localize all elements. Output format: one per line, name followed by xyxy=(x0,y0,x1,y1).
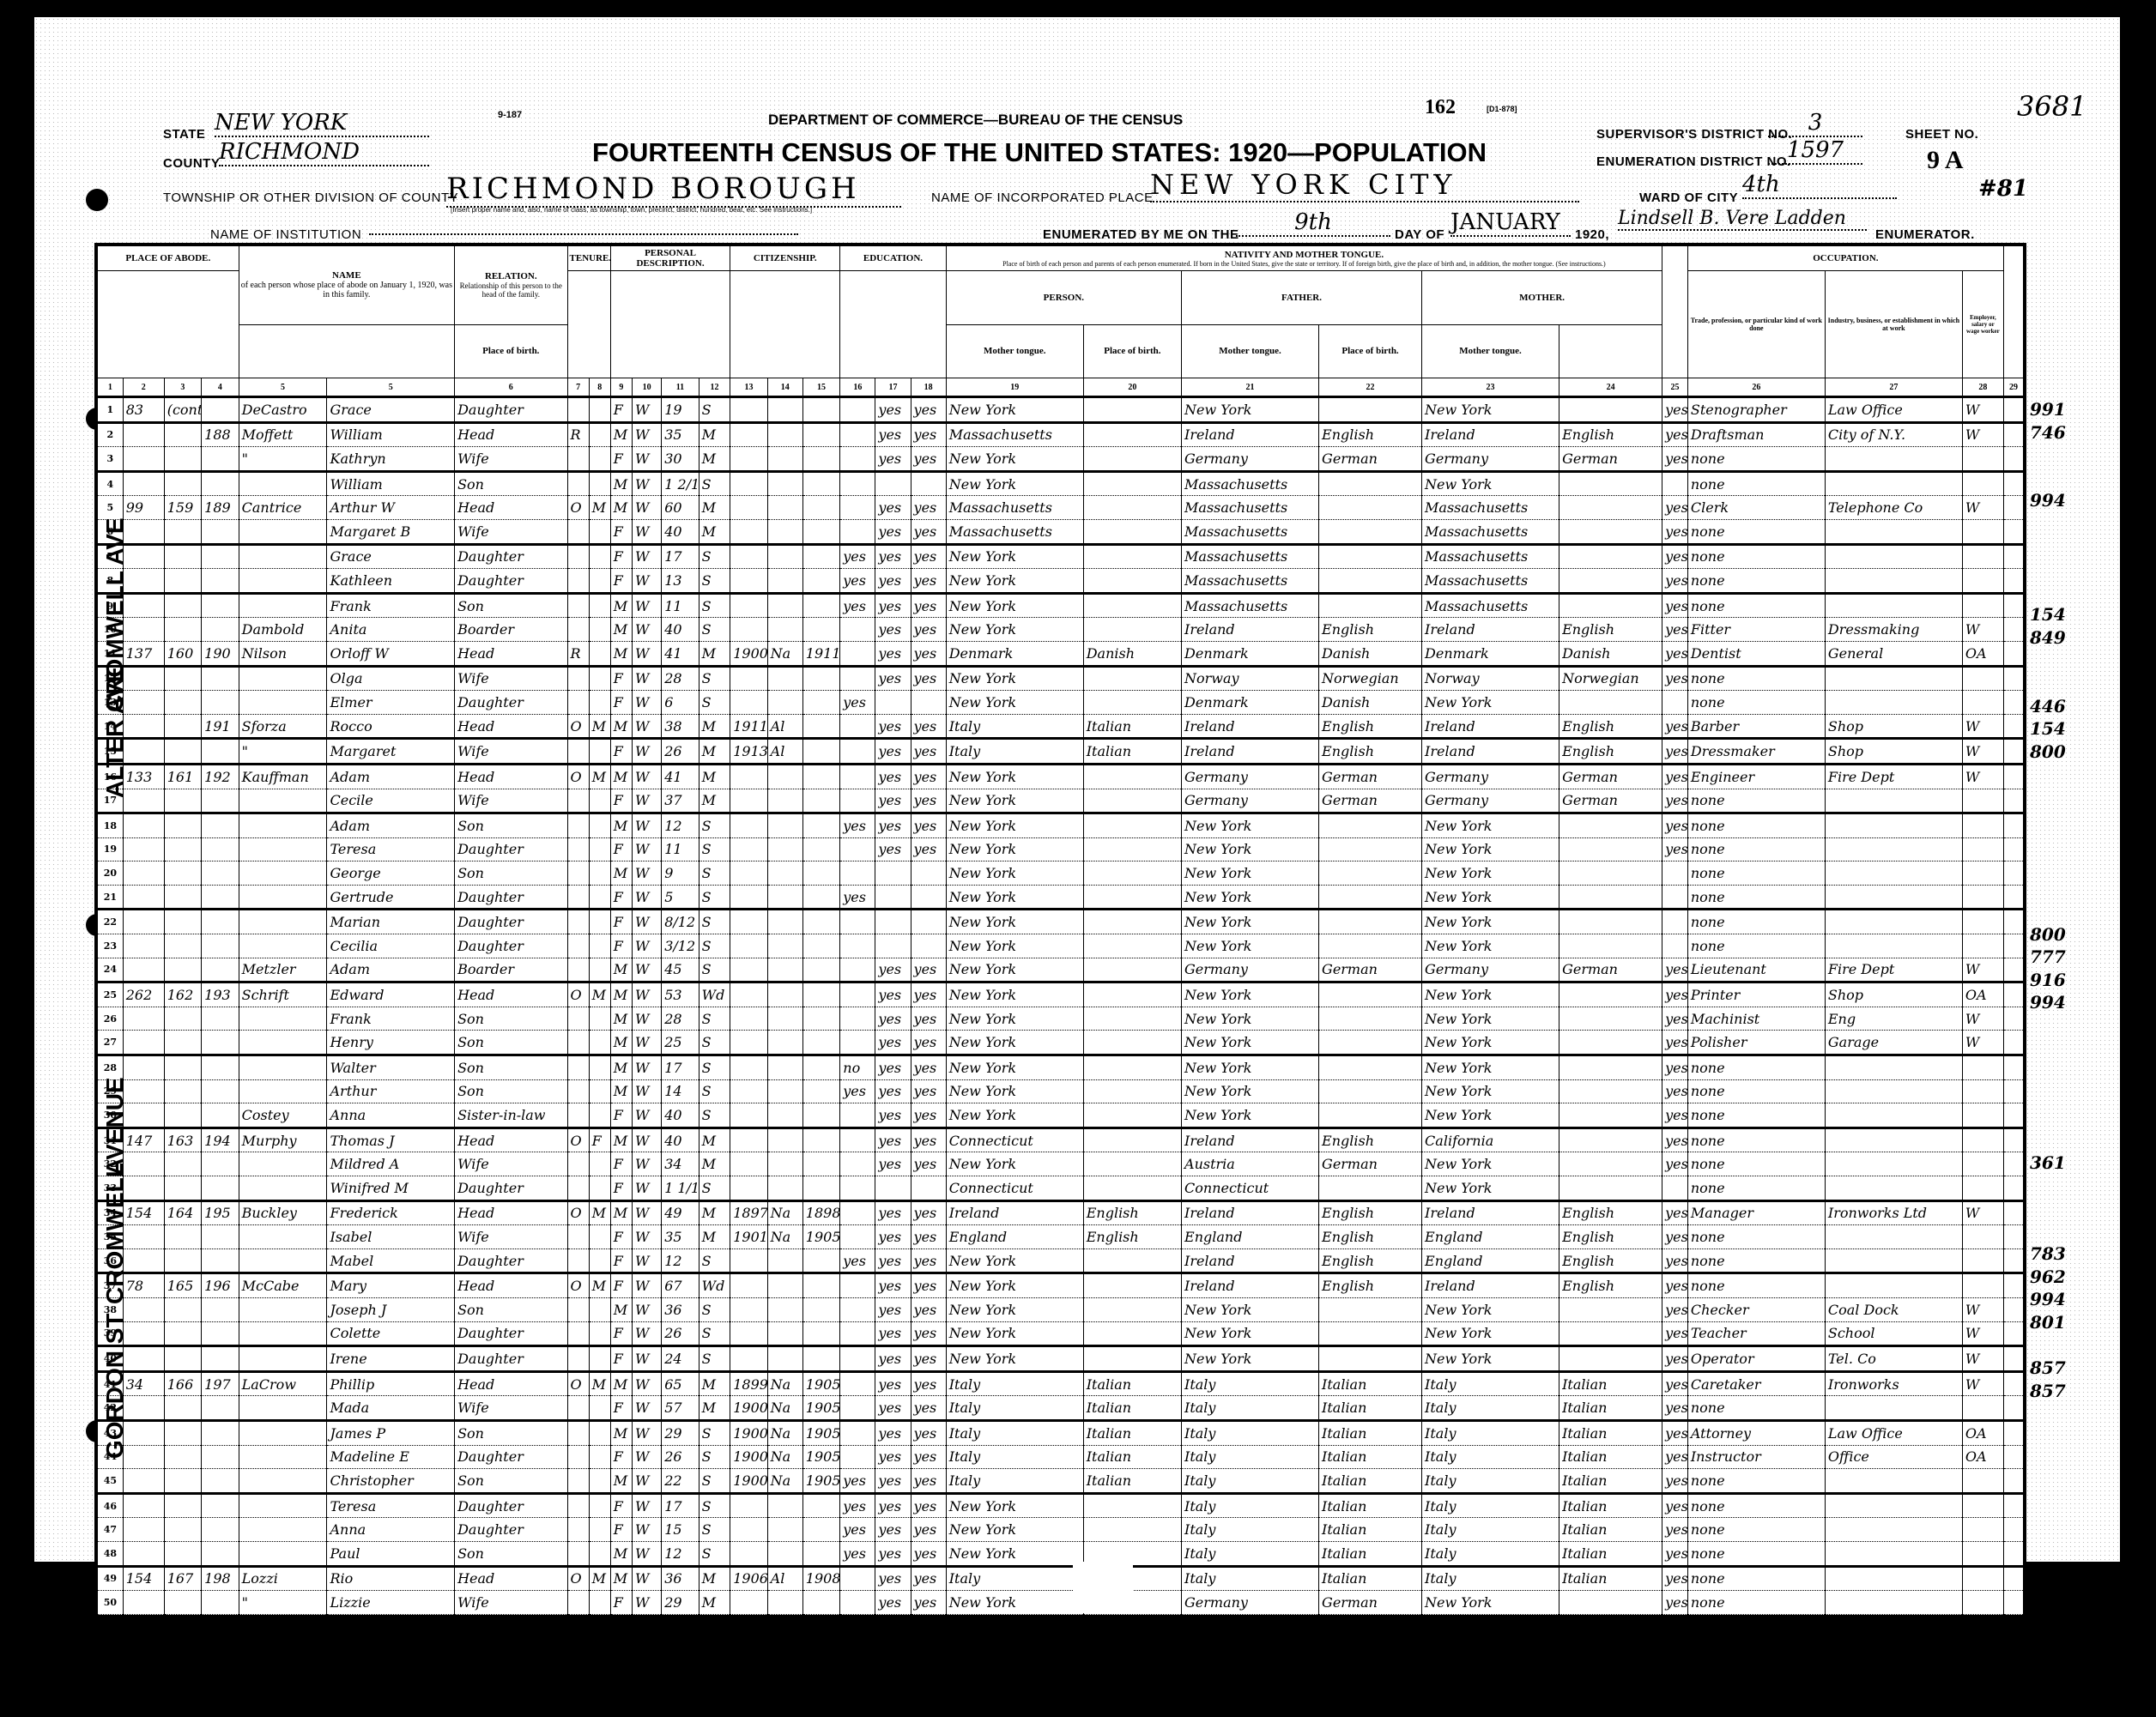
cell-farm xyxy=(2003,1273,2023,1298)
cell-family: 195 xyxy=(202,1200,239,1225)
cell-marital: S xyxy=(699,910,730,934)
cell-nat xyxy=(767,1591,802,1615)
census-row: 38Joseph JSonMW36SyesyesNew YorkNew York… xyxy=(98,1297,2024,1321)
cell-mt xyxy=(1083,837,1181,862)
cell-eng: yes xyxy=(1662,1396,1688,1421)
cell-mort xyxy=(589,862,610,886)
cell-emp xyxy=(1962,1128,2003,1152)
cell-marital: S xyxy=(699,1518,730,1542)
cell-surname xyxy=(239,471,327,496)
cell-eng xyxy=(1662,934,1688,958)
cell-nat: Al xyxy=(767,714,802,739)
enumeration-label: ENUMERATION DISTRICT NO. xyxy=(1596,154,1791,169)
cell-sex: M xyxy=(610,1541,632,1566)
cell-family xyxy=(202,1031,239,1055)
cell-family xyxy=(202,1225,239,1249)
cell-natyr xyxy=(802,1031,839,1055)
margin-code: 857 xyxy=(2030,1357,2090,1381)
cell-mpob: New York xyxy=(1422,1297,1559,1321)
nativity-desc: Place of birth of each person and parent… xyxy=(948,260,1660,268)
cell-own xyxy=(567,397,589,423)
cell-race: W xyxy=(632,1493,661,1518)
cell-write: yes xyxy=(911,1346,946,1372)
census-row: 35IsabelWifeFW35M1901Na1905yesyesEngland… xyxy=(98,1225,2024,1249)
cell-trade: none xyxy=(1687,1176,1825,1201)
cell-race: W xyxy=(632,618,661,642)
cell-own xyxy=(567,618,589,642)
cell-nat xyxy=(767,1248,802,1273)
cell-dwelling: 167 xyxy=(164,1566,201,1591)
person-mt: Mother tongue. xyxy=(946,324,1083,378)
cell-own xyxy=(567,885,589,910)
cell-marital: S xyxy=(699,1176,730,1201)
margin-code xyxy=(2030,1015,2090,1038)
cell-sex: F xyxy=(610,789,632,813)
margin-code: 154 xyxy=(2030,604,2090,627)
cell-own xyxy=(567,1493,589,1518)
cell-age: 26 xyxy=(662,1321,699,1346)
cell-school xyxy=(840,1176,875,1201)
cell-school: yes xyxy=(840,1518,875,1542)
cell-eng: yes xyxy=(1662,1445,1688,1469)
cell-farm xyxy=(2003,397,2023,423)
cell-family: 190 xyxy=(202,641,239,666)
cell-mort xyxy=(589,691,610,715)
cell-write: yes xyxy=(911,447,946,472)
cell-mort: M xyxy=(589,764,610,789)
cell-farm xyxy=(2003,447,2023,472)
cell-own xyxy=(567,447,589,472)
cell-imm: 1913 xyxy=(730,739,767,765)
cell-school xyxy=(840,764,875,789)
cell-natyr xyxy=(802,789,839,813)
cell-fmt: Norwegian xyxy=(1319,666,1422,691)
cell-mpob: Massachusetts xyxy=(1422,593,1559,618)
cell-imm xyxy=(730,789,767,813)
cell-own: O xyxy=(567,1200,589,1225)
cell-trade: Draftsman xyxy=(1687,422,1825,447)
ward-label: WARD OF CITY xyxy=(1639,190,1738,205)
cell-write: yes xyxy=(911,1248,946,1273)
cell-dwelling: 159 xyxy=(164,496,201,520)
cell-mmt: Italian xyxy=(1559,1541,1662,1566)
cell-dwelling xyxy=(164,813,201,838)
cell-mpob: California xyxy=(1422,1128,1559,1152)
cell-school xyxy=(840,1031,875,1055)
cell-imm xyxy=(730,1273,767,1298)
cell-family xyxy=(202,789,239,813)
cell-sex: F xyxy=(610,1445,632,1469)
cell-imm xyxy=(730,1346,767,1372)
cell-sex: M xyxy=(610,1566,632,1591)
cell-school: yes xyxy=(840,569,875,594)
cell-school xyxy=(840,471,875,496)
cell-mpob: Ireland xyxy=(1422,1273,1559,1298)
cell-own xyxy=(567,1176,589,1201)
cell-industry: Shop xyxy=(1825,982,1962,1007)
cell-read xyxy=(875,885,911,910)
cell-own: O xyxy=(567,1371,589,1396)
cell-fpob: Ireland xyxy=(1182,1200,1319,1225)
cell-farm xyxy=(2003,1225,2023,1249)
cell-marital: S xyxy=(699,1079,730,1103)
cell-eng: yes xyxy=(1662,739,1688,765)
margin-code: 994 xyxy=(2030,490,2090,513)
cell-pob: New York xyxy=(946,1031,1083,1055)
cell-emp xyxy=(1962,910,2003,934)
cell-surname xyxy=(239,1541,327,1566)
cell-eng: yes xyxy=(1662,1128,1688,1152)
cell-write: yes xyxy=(911,496,946,520)
cell-age: 6 xyxy=(662,691,699,715)
cell-pob: New York xyxy=(946,910,1083,934)
cell-imm xyxy=(730,593,767,618)
cell-farm xyxy=(2003,569,2023,594)
cell-industry xyxy=(1825,1152,1962,1176)
cell-industry: City of N.Y. xyxy=(1825,422,1962,447)
cell-race: W xyxy=(632,691,661,715)
cell-marital: M xyxy=(699,714,730,739)
cell-natyr xyxy=(802,934,839,958)
cell-surname xyxy=(239,1152,327,1176)
cell-street xyxy=(123,789,164,813)
cell-given: Kathleen xyxy=(327,569,455,594)
cell-imm xyxy=(730,1055,767,1080)
cell-school xyxy=(840,422,875,447)
cell-write: yes xyxy=(911,837,946,862)
cell-trade: none xyxy=(1687,1273,1825,1298)
mother-mt: Mother tongue. xyxy=(1422,324,1559,378)
cell-given: Henry xyxy=(327,1031,455,1055)
cell-line: 47 xyxy=(98,1518,124,1542)
cell-dwelling xyxy=(164,1420,201,1445)
cell-industry xyxy=(1825,593,1962,618)
cell-family xyxy=(202,1321,239,1346)
incorporated-label: NAME OF INCORPORATED PLACE xyxy=(931,190,1154,205)
relation-subcol xyxy=(239,324,454,378)
cell-farm xyxy=(2003,496,2023,520)
cell-pob: New York xyxy=(946,1541,1083,1566)
cell-street xyxy=(123,1346,164,1372)
cell-emp xyxy=(1962,934,2003,958)
cell-mmt: English xyxy=(1559,1248,1662,1273)
cell-marital: M xyxy=(699,1225,730,1249)
cell-relation: Head xyxy=(455,1566,567,1591)
cell-write xyxy=(911,934,946,958)
cell-own xyxy=(567,1396,589,1421)
cell-write: yes xyxy=(911,1396,946,1421)
cell-mpob: Massachusetts xyxy=(1422,569,1559,594)
cell-trade: Barber xyxy=(1687,714,1825,739)
cell-industry: Fire Dept xyxy=(1825,958,1962,982)
cell-given: Colette xyxy=(327,1321,455,1346)
cell-farm xyxy=(2003,471,2023,496)
cell-line: 50 xyxy=(98,1591,124,1615)
cell-mt xyxy=(1083,910,1181,934)
margin-code: 849 xyxy=(2030,627,2090,650)
margin-code xyxy=(2030,832,2090,855)
cell-farm xyxy=(2003,544,2023,569)
cell-surname: Sforza xyxy=(239,714,327,739)
cell-mmt xyxy=(1559,862,1662,886)
cell-sex: F xyxy=(610,1493,632,1518)
cell-sex: F xyxy=(610,1176,632,1201)
cell-given: Gertrude xyxy=(327,885,455,910)
cell-eng xyxy=(1662,910,1688,934)
cell-fpob: Austria xyxy=(1182,1152,1319,1176)
cell-imm xyxy=(730,544,767,569)
cell-dwelling xyxy=(164,789,201,813)
cell-race: W xyxy=(632,837,661,862)
cell-street: 262 xyxy=(123,982,164,1007)
cell-mort xyxy=(589,422,610,447)
column-number: 5 xyxy=(239,378,327,397)
margin-code xyxy=(2030,1084,2090,1107)
cell-marital: Wd xyxy=(699,982,730,1007)
cell-read: yes xyxy=(875,422,911,447)
cell-mmt: English xyxy=(1559,714,1662,739)
cell-given: Orloff W xyxy=(327,641,455,666)
column-number: 21 xyxy=(1182,378,1319,397)
cell-mpob: Germany xyxy=(1422,958,1559,982)
cell-imm xyxy=(730,837,767,862)
cell-street xyxy=(123,1541,164,1566)
cell-write: yes xyxy=(911,1445,946,1469)
cell-mort xyxy=(589,1445,610,1469)
cell-relation: Son xyxy=(455,813,567,838)
citizenship-subcols xyxy=(730,271,840,378)
cell-read xyxy=(875,1176,911,1201)
cell-nat xyxy=(767,1055,802,1080)
cell-industry xyxy=(1825,862,1962,886)
cell-race: W xyxy=(632,1396,661,1421)
cell-imm: 1906 xyxy=(730,1566,767,1591)
cell-relation: Wife xyxy=(455,1591,567,1615)
relation-desc: Relationship of this person to the head … xyxy=(457,281,565,299)
cell-race: W xyxy=(632,714,661,739)
cell-natyr xyxy=(802,813,839,838)
cell-family xyxy=(202,885,239,910)
cell-imm xyxy=(730,1248,767,1273)
cell-surname: Dambold xyxy=(239,618,327,642)
cell-fpob: Massachusetts xyxy=(1182,471,1319,496)
cell-relation: Head xyxy=(455,496,567,520)
cell-own xyxy=(567,666,589,691)
cell-own xyxy=(567,1469,589,1494)
cell-read: yes xyxy=(875,1420,911,1445)
cell-sex: F xyxy=(610,934,632,958)
margin-code: 994 xyxy=(2030,992,2090,1015)
cell-marital: S xyxy=(699,397,730,423)
cell-emp: W xyxy=(1962,397,2003,423)
cell-eng: yes xyxy=(1662,789,1688,813)
cell-mmt xyxy=(1559,837,1662,862)
cell-pob: New York xyxy=(946,1079,1083,1103)
census-row: 599159189CantriceArthur WHeadOMMW60Myesy… xyxy=(98,496,2024,520)
cell-mt xyxy=(1083,593,1181,618)
cell-school xyxy=(840,1371,875,1396)
cell-race: W xyxy=(632,1103,661,1128)
cell-industry xyxy=(1825,569,1962,594)
cell-relation: Daughter xyxy=(455,1445,567,1469)
cell-age: 38 xyxy=(662,714,699,739)
cell-natyr xyxy=(802,1128,839,1152)
cell-dwelling xyxy=(164,1176,201,1201)
cell-mort xyxy=(589,789,610,813)
cell-mpob: Ireland xyxy=(1422,714,1559,739)
margin-code xyxy=(2030,810,2090,833)
cell-nat xyxy=(767,982,802,1007)
cell-own xyxy=(567,1007,589,1031)
cell-sex: M xyxy=(610,1200,632,1225)
cell-given: Joseph J xyxy=(327,1297,455,1321)
cell-trade: none xyxy=(1687,1055,1825,1080)
cell-farm xyxy=(2003,1469,2023,1494)
cell-sex: M xyxy=(610,764,632,789)
cell-natyr xyxy=(802,1055,839,1080)
margin-code xyxy=(2030,513,2090,536)
cell-emp: OA xyxy=(1962,1420,2003,1445)
cell-natyr: 1905 xyxy=(802,1420,839,1445)
census-row: 3778165196McCabeMaryHeadOMFW67WdyesyesNe… xyxy=(98,1273,2024,1298)
cell-street xyxy=(123,691,164,715)
column-number: 3 xyxy=(164,378,201,397)
cell-marital: S xyxy=(699,691,730,715)
margin-code xyxy=(2030,1472,2090,1495)
cell-age: 40 xyxy=(662,618,699,642)
cell-age: 12 xyxy=(662,813,699,838)
cell-natyr xyxy=(802,764,839,789)
cell-relation: Head xyxy=(455,714,567,739)
cell-write: yes xyxy=(911,1273,946,1298)
cell-race: W xyxy=(632,1371,661,1396)
cell-write: yes xyxy=(911,422,946,447)
cell-mpob: Massachusetts xyxy=(1422,496,1559,520)
cell-fmt: English xyxy=(1319,1248,1422,1273)
institution-label: NAME OF INSTITUTION xyxy=(210,227,361,242)
cell-mmt xyxy=(1559,982,1662,1007)
cell-age: 13 xyxy=(662,569,699,594)
cell-mmt: Italian xyxy=(1559,1420,1662,1445)
column-number: 25 xyxy=(1662,378,1688,397)
cell-street xyxy=(123,1079,164,1103)
census-row: 10DamboldAnitaBoarderMW40SyesyesNew York… xyxy=(98,618,2024,642)
cell-read: yes xyxy=(875,1566,911,1591)
occ-industry: Industry, business, or establishment in … xyxy=(1825,271,1962,378)
cell-mort xyxy=(589,397,610,423)
cell-mmt: Italian xyxy=(1559,1518,1662,1542)
cell-street: 147 xyxy=(123,1128,164,1152)
cell-eng: yes xyxy=(1662,618,1688,642)
column-number: 13 xyxy=(730,378,767,397)
cell-eng: yes xyxy=(1662,714,1688,739)
cell-write: yes xyxy=(911,958,946,982)
cell-mort: M xyxy=(589,1566,610,1591)
cell-fmt: English xyxy=(1319,1128,1422,1152)
cell-race: W xyxy=(632,739,661,765)
cell-write: yes xyxy=(911,789,946,813)
cell-family xyxy=(202,593,239,618)
street-label: AVENUE xyxy=(101,952,129,1176)
cell-school xyxy=(840,1566,875,1591)
column-number: 24 xyxy=(1559,378,1662,397)
census-row: 19TeresaDaughterFW11SyesyesNew YorkNew Y… xyxy=(98,837,2024,862)
cell-family: 197 xyxy=(202,1371,239,1396)
cell-sex: M xyxy=(610,982,632,1007)
cell-relation: Sister-in-law xyxy=(455,1103,567,1128)
cell-write: yes xyxy=(911,1079,946,1103)
cell-marital: S xyxy=(699,1493,730,1518)
cell-own xyxy=(567,569,589,594)
cell-farm xyxy=(2003,1248,2023,1273)
cell-surname xyxy=(239,934,327,958)
cell-write xyxy=(911,1176,946,1201)
census-row: 23CeciliaDaughterFW3/12SNew YorkNew York… xyxy=(98,934,2024,958)
margin-code xyxy=(2030,1106,2090,1129)
cell-marital: M xyxy=(699,1128,730,1152)
cell-dwelling xyxy=(164,422,201,447)
sheet-label: SHEET NO. xyxy=(1905,127,1978,142)
cell-write: yes xyxy=(911,1321,946,1346)
cell-age: 25 xyxy=(662,1031,699,1055)
cell-own xyxy=(567,593,589,618)
cell-farm xyxy=(2003,1591,2023,1615)
cell-age: 34 xyxy=(662,1152,699,1176)
cell-dwelling: (continued) xyxy=(164,397,201,423)
cell-read: yes xyxy=(875,1591,911,1615)
column-number: 23 xyxy=(1422,378,1559,397)
census-row: 6Margaret BWifeFW40MyesyesMassachusettsM… xyxy=(98,519,2024,544)
cell-fpob: New York xyxy=(1182,1007,1319,1031)
cell-family xyxy=(202,1346,239,1372)
census-table: PLACE OF ABODE. NAME of each person whos… xyxy=(94,243,2026,1617)
cell-fmt xyxy=(1319,813,1422,838)
cell-school xyxy=(840,1297,875,1321)
column-number: 1 xyxy=(98,378,124,397)
cell-school xyxy=(840,641,875,666)
col-group-education: EDUCATION. xyxy=(840,246,946,271)
cell-mpob: Italy xyxy=(1422,1420,1559,1445)
cell-farm xyxy=(2003,789,2023,813)
census-row: 11137160190NilsonOrloff WHeadRMW41M1900N… xyxy=(98,641,2024,666)
cell-mmt: English xyxy=(1559,1273,1662,1298)
cell-dwelling xyxy=(164,862,201,886)
cell-mpob: New York xyxy=(1422,1321,1559,1346)
col-english xyxy=(1662,246,1688,378)
cell-nat xyxy=(767,813,802,838)
cell-trade: none xyxy=(1687,885,1825,910)
cell-mmt xyxy=(1559,1007,1662,1031)
cell-natyr xyxy=(802,1103,839,1128)
cell-mpob: Italy xyxy=(1422,1566,1559,1591)
cell-given: Adam xyxy=(327,764,455,789)
cell-age: 37 xyxy=(662,789,699,813)
cell-sex: M xyxy=(610,1469,632,1494)
cell-surname xyxy=(239,837,327,862)
cell-write: yes xyxy=(911,1225,946,1249)
cell-mt xyxy=(1083,569,1181,594)
cell-mmt xyxy=(1559,471,1662,496)
cell-imm xyxy=(730,422,767,447)
cell-fpob: Massachusetts xyxy=(1182,544,1319,569)
cell-emp xyxy=(1962,1152,2003,1176)
cell-dwelling: 161 xyxy=(164,764,201,789)
cell-mmt: English xyxy=(1559,1200,1662,1225)
cell-age: 17 xyxy=(662,1055,699,1080)
cell-read: yes xyxy=(875,618,911,642)
department-title: DEPARTMENT OF COMMERCE—BUREAU OF THE CEN… xyxy=(768,112,1183,129)
cell-fpob: Ireland xyxy=(1182,714,1319,739)
